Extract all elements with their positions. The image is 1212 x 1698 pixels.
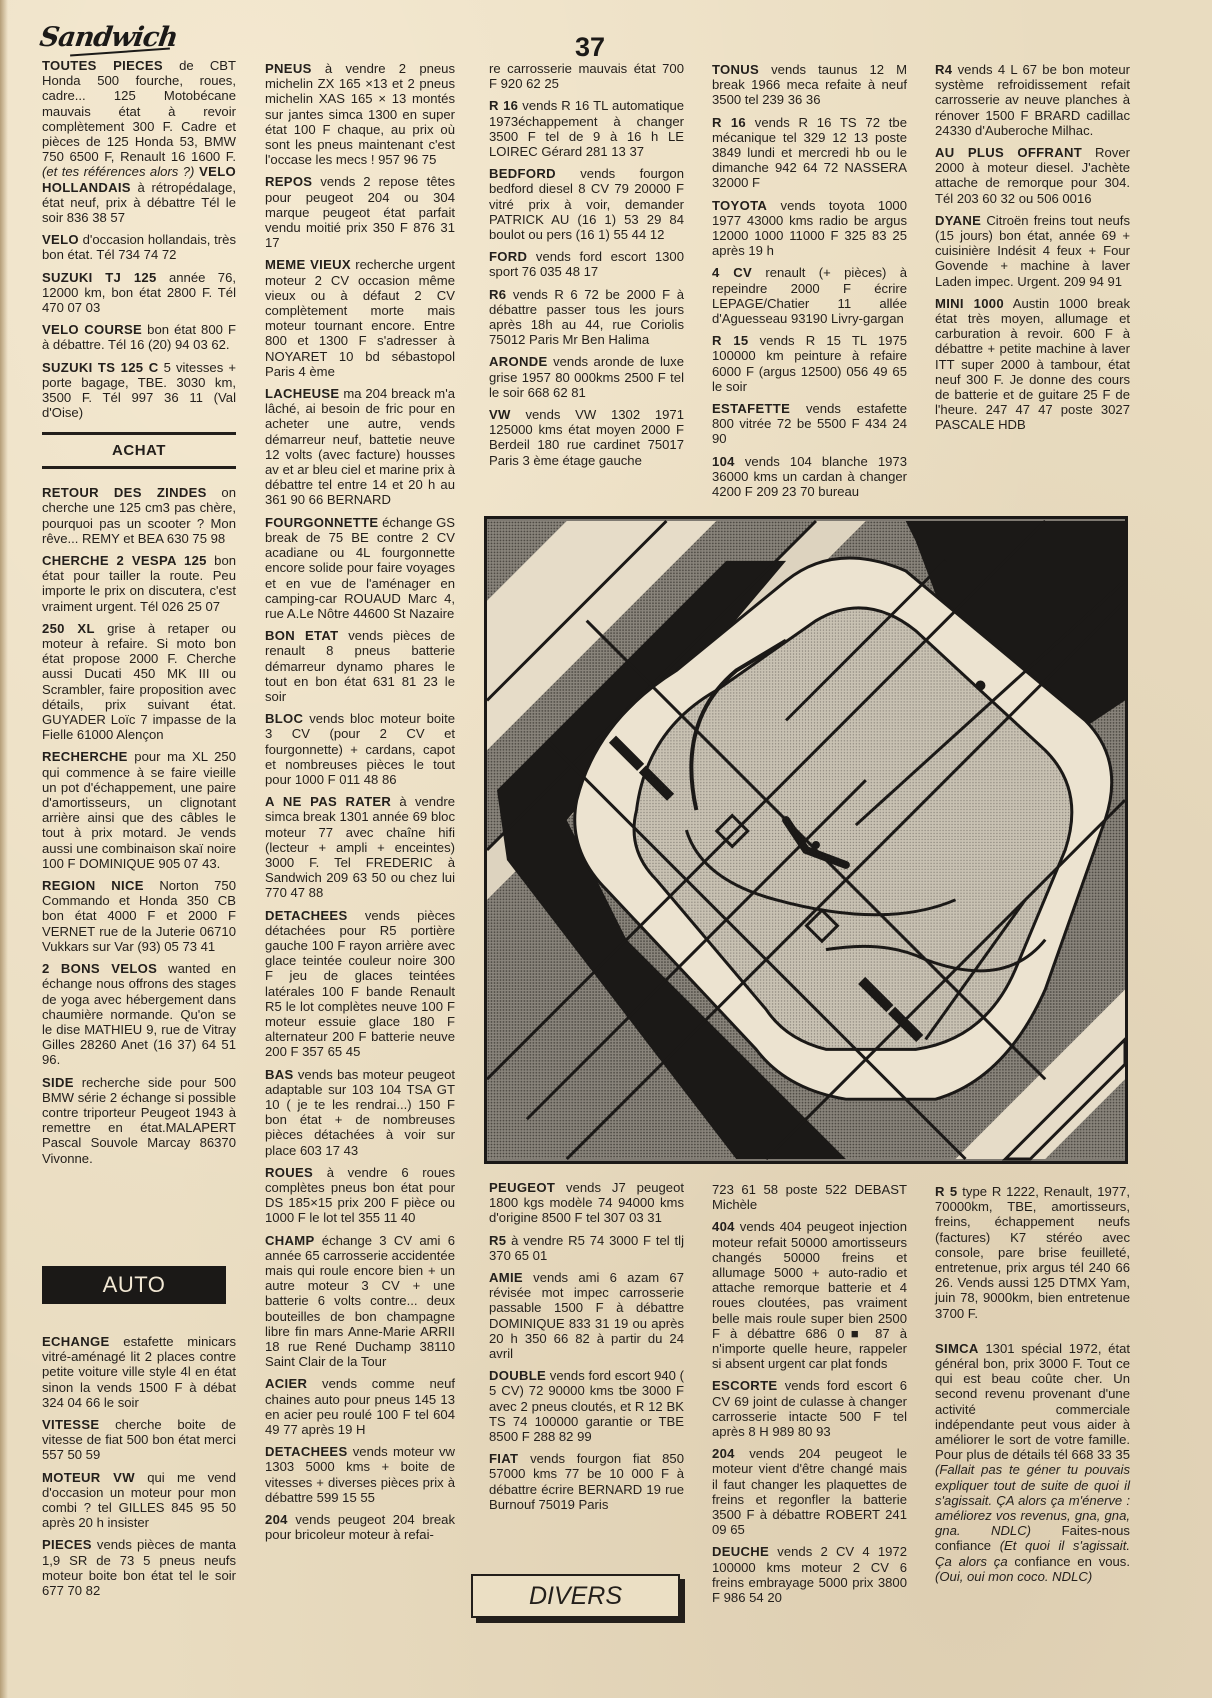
classified-ad: CHAMP échange 3 CV ami 6 année 65 carros…: [265, 1233, 455, 1370]
classified-ad: RETOUR DES ZINDES on cherche une 125 cm3…: [42, 485, 236, 546]
classified-ad: DETACHEES vends pièces détachées pour R5…: [265, 908, 455, 1060]
classified-ad: VW vends VW 1302 1971 125000 kms état mo…: [489, 407, 684, 468]
column-5-top: R4 vends 4 L 67 be bon moteur système re…: [935, 62, 1130, 440]
classified-ad: REGION NICE Norton 750 Commando et Honda…: [42, 878, 236, 954]
classified-ad: 204 vends peugeot 204 break pour bricole…: [265, 1512, 455, 1542]
classified-ad: ECHANGE estafette minicars vitré-aménagé…: [42, 1334, 236, 1410]
classified-ad: PNEUS à vendre 2 pneus michelin ZX 165 ×…: [265, 61, 455, 167]
column-5-bottom: R 5 type R 1222, Renault, 1977, 70000km,…: [935, 1184, 1130, 1591]
classified-ad: MEME VIEUX recherche urgent moteur 2 CV …: [265, 257, 455, 379]
classified-ad: FORD vends ford escort 1300 sport 76 035…: [489, 249, 684, 279]
column-3-top: re carrosserie mauvais état 700 F 920 62…: [489, 61, 684, 475]
classified-ad: DETACHEES vends moteur vw 1303 5000 kms …: [265, 1444, 455, 1505]
classified-ad-continued: 723 61 58 poste 522 DEBAST Michèle: [712, 1182, 907, 1212]
classified-ad: ROUES à vendre 6 roues complètes pneus b…: [265, 1165, 455, 1226]
page-edge-shadow: [0, 0, 8, 1698]
classified-ad: LACHEUSE ma 204 breack m'a lâché, ai bes…: [265, 386, 455, 508]
classified-ad: SIDE recherche side pour 500 BMW série 2…: [42, 1075, 236, 1166]
achat-header: ACHAT: [42, 435, 236, 466]
classified-ad: R6 vends R 6 72 be 2000 F à débattre pas…: [489, 287, 684, 348]
auto-section-header: AUTO: [42, 1266, 226, 1304]
classified-ad: PEUGEOT vends J7 peugeot 1800 kgs modèle…: [489, 1180, 684, 1226]
classified-ad: CHERCHE 2 VESPA 125 bon état pour taille…: [42, 553, 236, 614]
classified-ad: R 16 vends R 16 TL automatique 1973échap…: [489, 98, 684, 159]
column-4-bottom: 723 61 58 poste 522 DEBAST Michèle 404 v…: [712, 1182, 907, 1612]
classified-ad: VITESSE cherche boite de vitesse de fiat…: [42, 1417, 236, 1463]
classified-ad: DEUCHE vends 2 CV 4 1972 100000 kms mote…: [712, 1544, 907, 1605]
classified-ad: DYANE Citroën freins tout neufs (15 jour…: [935, 213, 1130, 289]
auto-section: ECHANGE estafette minicars vitré-aménagé…: [42, 1334, 236, 1605]
classified-ad: VELO COURSE bon état 800 F à débattre. T…: [42, 322, 236, 352]
classified-ad: R 15 vends R 15 TL 1975 100000 km peintu…: [712, 333, 907, 394]
classified-ad-continued: re carrosserie mauvais état 700 F 920 62…: [489, 61, 684, 91]
classified-ad: A NE PAS RATER à vendre simca break 1301…: [265, 794, 455, 900]
classified-ad: R5 à vendre R5 74 3000 F tel tlj 370 65 …: [489, 1233, 684, 1263]
column-3-bottom: PEUGEOT vends J7 peugeot 1800 kgs modèle…: [489, 1180, 684, 1519]
classified-ad: BEDFORD vends fourgon bedford diesel 8 C…: [489, 166, 684, 242]
classified-ad: RECHERCHE pour ma XL 250 qui commence à …: [42, 749, 236, 871]
classified-ad: SUZUKI TS 125 C 5 vitesses + porte bagag…: [42, 360, 236, 421]
classified-ad: 104 vends 104 blanche 1973 36000 kms un …: [712, 454, 907, 500]
column-4-top: TONUS vends taunus 12 M break 1966 meca …: [712, 62, 907, 506]
classified-ad: MINI 1000 Austin 1000 break état très mo…: [935, 296, 1130, 433]
classified-ad: 250 XL grise à retaper ou moteur à refai…: [42, 621, 236, 743]
classified-ad: BAS vends bas moteur peugeot adaptable s…: [265, 1067, 455, 1158]
classified-ad: R 5 type R 1222, Renault, 1977, 70000km,…: [935, 1184, 1130, 1321]
column-1-top: TOUTES PIECES de CBT Honda 500 fourche, …: [42, 58, 236, 427]
classified-ad: MOTEUR VW qui me vend d'occasion un mote…: [42, 1470, 236, 1531]
classified-ad: 204 vends 204 peugeot le moteur vient d'…: [712, 1446, 907, 1537]
classified-ad: REPOS vends 2 repose têtes pour peugeot …: [265, 174, 455, 250]
classified-ad: AMIE vends ami 6 azam 67 révisée mot imp…: [489, 1270, 684, 1361]
column-2: PNEUS à vendre 2 pneus michelin ZX 165 ×…: [265, 61, 455, 1549]
page-number: 37: [575, 32, 605, 63]
classified-ad: SUZUKI TJ 125 année 76, 12000 km, bon ét…: [42, 270, 236, 316]
divers-section-header: DIVERS: [471, 1574, 680, 1618]
classified-ad: TONUS vends taunus 12 M break 1966 meca …: [712, 62, 907, 108]
classified-ad: AU PLUS OFFRANT Rover 2000 à moteur dies…: [935, 145, 1130, 206]
classified-ad: 2 BONS VELOS wanted en échange nous offr…: [42, 961, 236, 1067]
classified-ad: ESTAFETTE vends estafette 800 vitrée 72 …: [712, 401, 907, 447]
classified-ad: ACIER vends comme neuf chaines auto pour…: [265, 1376, 455, 1437]
achat-section: ACHAT RETOUR DES ZINDES on cherche une 1…: [42, 432, 236, 1173]
car-illustration: [484, 516, 1128, 1164]
classified-ad: TOYOTA vends toyota 1000 1977 43000 kms …: [712, 198, 907, 259]
citroen-car-top-view-icon: [487, 519, 1125, 1161]
classified-ad: FOURGONNETTE échange GS break de 75 BE c…: [265, 515, 455, 621]
classified-ad: 4 CV renault (+ pièces) à repeindre 2000…: [712, 265, 907, 326]
classified-ad: R4 vends 4 L 67 be bon moteur système re…: [935, 62, 1130, 138]
classified-ad: ARONDE vends aronde de luxe grise 1957 8…: [489, 354, 684, 400]
classified-ad: 404 vends 404 peugeot injection moteur r…: [712, 1219, 907, 1371]
classified-ad: TOUTES PIECES de CBT Honda 500 fourche, …: [42, 58, 236, 225]
classified-ad: ESCORTE vends ford escort 6 CV 69 joint …: [712, 1378, 907, 1439]
classified-ad: BLOC vends bloc moteur boite 3 CV (pour …: [265, 711, 455, 787]
classified-ad: BON ETAT vends pièces de renault 8 pneus…: [265, 628, 455, 704]
classified-ad: VELO d'occasion hollandais, très bon éta…: [42, 232, 236, 262]
section-rule: [42, 466, 236, 469]
classified-ad: PIECES vends pièces de manta 1,9 SR de 7…: [42, 1537, 236, 1598]
classified-ad: R 16 vends R 16 TS 72 tbe mécanique tel …: [712, 115, 907, 191]
classified-ad: SIMCA 1301 spécial 1972, état général bo…: [935, 1341, 1130, 1584]
classified-ad: DOUBLE vends ford escort 940 ( 5 CV) 72 …: [489, 1368, 684, 1444]
classified-ad: FIAT vends fourgon fiat 850 57000 kms 77…: [489, 1451, 684, 1512]
